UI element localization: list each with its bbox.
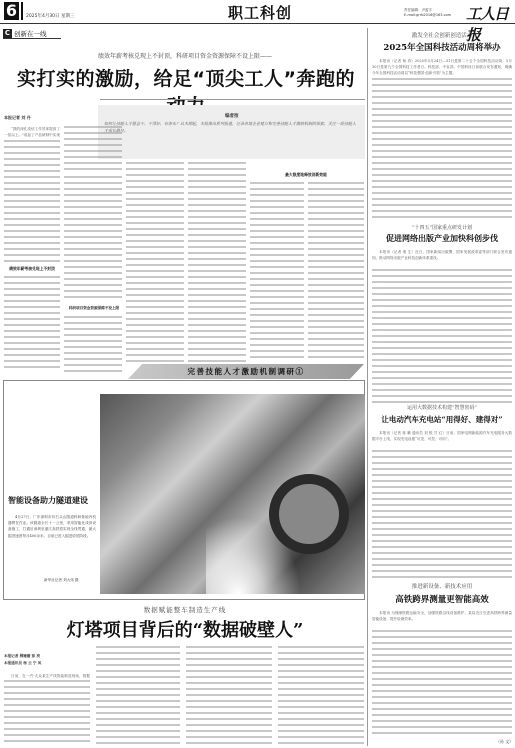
right-story1-headline: 2025年全国科技活动周将举办 — [372, 41, 512, 53]
editor-email: E-mail:grrb2016@163.com — [404, 13, 466, 18]
lead-body-text-col5 — [250, 182, 304, 362]
right-story2-body — [372, 269, 512, 405]
lead-body-text-col1 — [4, 140, 60, 262]
bottom-headline: 灯塔项目背后的“数据破壁人” — [20, 616, 350, 642]
issue-date: 2025年4月30日 星期三 — [26, 13, 74, 19]
column-tag: C 创新在一线 — [3, 28, 61, 39]
column-tag-label: 创新在一线 — [14, 29, 47, 38]
right-story1-kicker: 激发全社会创新创造活力 — [372, 31, 512, 39]
photo-story-headline: 智能设备助力隧道建设 — [8, 495, 98, 506]
lead-body-text-col2b — [64, 176, 122, 302]
bottom-body-col3 — [186, 646, 272, 746]
lead-kicker: 绩效年薪考核兑现上不封顶，科研项目资金资源保障不设上限—— — [20, 51, 350, 60]
right-story3-body — [372, 450, 512, 578]
right-story4-ending: （孙 文） — [496, 739, 513, 745]
lead-body-text-col3 — [126, 162, 184, 362]
lead-subhead-3: 最大限度地释放创新效能 — [250, 172, 362, 178]
lead-body-text-col1b — [4, 276, 60, 372]
lead-body-text-col6 — [308, 182, 364, 362]
lead-byline: 本报记者 刘 丹 — [4, 115, 31, 121]
right-story2-lead: 本报讯（记者 邢 生）近日，国家新闻出版署、国家发展改革委等部门联合发布通知，推… — [372, 249, 512, 268]
column-tag-icon: C — [3, 29, 12, 38]
right-story3-kicker: 运用大数据技术构建“智慧密码” — [372, 404, 512, 411]
bottom-body-col2 — [96, 646, 180, 746]
lead-subhead-1: 绩效年薪考核兑现上不封顶 — [4, 266, 60, 272]
column-divider — [367, 28, 368, 746]
page-number: 6 — [4, 2, 19, 20]
right-story1-body — [372, 78, 512, 220]
lead-body-text-col2c — [64, 316, 122, 372]
photo-credit: 新华社记者 刘大伟 摄 — [44, 578, 79, 583]
right-story2-headline: 促进网络出版产业加快科创步伐 — [372, 233, 512, 244]
headline-rule — [100, 99, 365, 100]
bottom-body-col4 — [278, 646, 364, 746]
lead-subhead-2: 科研项目资金资源保障不设上限 — [64, 306, 124, 311]
bottom-byline-1: 本报记者 柳姗姗 彭 泱 — [4, 654, 40, 659]
editor-info: 责任编辑：尹蓝宇 E-mail:grrb2016@163.com — [404, 8, 466, 18]
editor-note-title: 编者按 — [225, 113, 239, 119]
welding-robot-photo — [100, 394, 365, 594]
bottom-byline-2: 本报通讯员 杨 云 宁 凤 — [4, 661, 41, 666]
series-banner-text: 完善技能人才激励机制调研① — [188, 366, 305, 377]
right-story3-lead: 本报讯（记者 蒋 鹏 通讯员 刘 锐 甘 红）日前，国家电网新能源汽车充电服务大… — [372, 430, 512, 449]
right-story4-lead: 本报讯 为保障铁路运输安全，加强铁路沿线设备维护，某局近日引进高铁跨界测量智能设… — [372, 610, 512, 629]
photo-story-caption: 4月27日，广东深圳市环石头山隧道科研基地内机器臂在作业。该隧道全长十一公里，采… — [8, 514, 96, 566]
lead-body-para1: “我的深孔攻钻工作效率提高了一倍以上。”说起了产品研制中实现的技术突破，辽宁某机… — [4, 126, 60, 138]
right-story4-headline: 高铁跨界测量更智能高效 — [372, 593, 512, 605]
bottom-body-intro: 日前，在一汽-大众某生产线智能制造现场，数据如何让整车制造更高效…… — [4, 673, 90, 679]
right-story4-body — [372, 630, 512, 738]
right-story4-kicker: 推进新设备、新技术应用 — [372, 582, 512, 590]
page-number-bar — [21, 2, 23, 20]
lead-body-text-col4 — [188, 162, 246, 362]
editor-note-text: 如何让技能人才愿意干、干得好、有奔头？从本期起，本报推出系列报道，记录各地企业建… — [104, 121, 359, 153]
series-banner: 完善技能人才激励机制调研① — [128, 364, 364, 379]
right-story1-lead: 本报讯（记者 杨 冉）2025年5月24日—31日是第二十五个全国科技活动周，5… — [372, 58, 512, 77]
bottom-body-col1 — [4, 680, 90, 746]
section-title: 职工科创 — [228, 2, 292, 23]
right-story2-kicker: “十四五”国家重点研发计划 — [372, 224, 512, 231]
lead-body-text-col2 — [64, 126, 122, 174]
bottom-kicker: 数据赋能整车制造生产线 — [90, 605, 280, 614]
right-story3-headline: 让电动汽车充电站“用得好、建得对” — [372, 414, 512, 425]
